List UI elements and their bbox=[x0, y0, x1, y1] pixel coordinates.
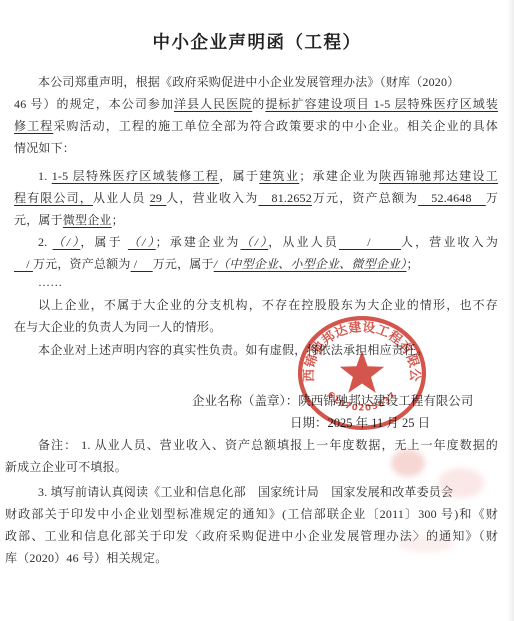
company-name-label: 企业名称（盖章）： bbox=[192, 394, 298, 408]
underlined-blank-field: / bbox=[339, 235, 401, 249]
note-line-3: 3. 填写前请认真阅读《工业和信息化部 国家统计局 国家发展和改革委员会 bbox=[14, 481, 498, 503]
ellipsis-line: …… bbox=[14, 271, 498, 293]
underlined-field-project: 提标扩容建设项目 1-5 层特殊医疗区域装 bbox=[265, 97, 498, 111]
underlined-blank-field: （/） bbox=[53, 235, 81, 249]
underlined-blank-field: / bbox=[131, 257, 153, 271]
note-line-5: 政部、工业和信息化部关于印发〈政府采购促进中小企业发展管理办法〉的通知》（财 bbox=[5, 525, 498, 547]
text-segment: ；承建企业为 bbox=[156, 235, 241, 249]
intro-line-4: 情况如下： bbox=[14, 137, 498, 159]
intro-line-3: 修工程采购活动，工程的施工单位全部为符合政策要求的中小企业。相关企业的具体 bbox=[14, 115, 498, 137]
item1-line-2: 程有限公司，从业人员 29 人，营业收入为 81.2652万元，资产总额为 52… bbox=[14, 187, 498, 209]
svg-text:61070205637: 61070205637 bbox=[325, 390, 399, 414]
text-segment: 46 号）的规定，本公司参加 bbox=[14, 97, 174, 111]
item-number: 1. bbox=[38, 169, 52, 183]
text-segment: 人，营业收入为 bbox=[401, 235, 498, 249]
underlined-field-contractor: 陕西锦驰邦达建设工 bbox=[379, 169, 498, 183]
text-segment: 元，属于 bbox=[14, 213, 63, 227]
text-segment: 万元，属于 bbox=[153, 257, 214, 271]
item1-line-1: 1. 1-5 层特殊医疗区域装修工程，属于建筑业；承建企业为陕西锦驰邦达建设工 bbox=[14, 165, 498, 187]
underlined-field-industry: 建筑业 bbox=[259, 169, 299, 183]
underlined-field-employees: 29 bbox=[150, 191, 167, 205]
closing-line-1: 以上企业，不属于大企业的分支机构，不存在控股股东为大企业的情形，也不存 bbox=[14, 294, 498, 316]
underlined-blank-field: （/） bbox=[240, 235, 268, 249]
underlined-field-purchaser: 洋县人民医院 bbox=[174, 97, 252, 111]
text-segment: 的 bbox=[252, 97, 265, 111]
underlined-type-options: /（中型企业、小型企业、微型企业） bbox=[214, 257, 407, 271]
intro-line-2: 46 号）的规定，本公司参加洋县人民医院的提标扩容建设项目 1-5 层特殊医疗区… bbox=[14, 93, 498, 115]
underlined-field-revenue: 81.2652 bbox=[258, 191, 312, 205]
intro-line-1: 本公司郑重声明，根据《政府采购促进中小企业发展管理办法》（财库（2020） bbox=[14, 71, 498, 93]
text-segment: 万元，资产总额为 bbox=[33, 257, 131, 271]
text-segment: ；承建企业为 bbox=[299, 169, 379, 183]
text-segment: 人，营业收入为 bbox=[166, 191, 258, 205]
item1-line-3: 元，属于微型企业； bbox=[14, 209, 498, 231]
item-number: 2. bbox=[38, 235, 53, 249]
text-segment: ； bbox=[406, 257, 418, 271]
seal-number: 61070205637 bbox=[325, 390, 399, 414]
text-segment: 万 bbox=[486, 191, 498, 205]
underlined-field-project-cont: 修工程 bbox=[14, 119, 53, 133]
underlined-field-contractor-cont: 程有限公司， bbox=[14, 191, 93, 205]
text-segment: ，属于 bbox=[80, 235, 128, 249]
underlined-blank-field: / bbox=[14, 257, 33, 271]
underlined-field-assets: 52.4648 bbox=[418, 191, 486, 205]
declaration-document-page: 中小企业声明函（工程） 本公司郑重声明，根据《政府采购促进中小企业发展管理办法》… bbox=[0, 0, 514, 621]
note-line-4: 财政部关于印发中小企业划型标准规定的通知》(工信部联企业〔2011〕300 号)… bbox=[5, 503, 498, 525]
text-segment: ，从业人员 bbox=[268, 235, 339, 249]
note-line-2: 新成立企业可不填报。 bbox=[5, 456, 498, 478]
text-segment: 采购活动，工程的施工单位全部为符合政策要求的中小企业。相关企业的具体 bbox=[53, 119, 498, 133]
text-segment: 从业人员 bbox=[93, 191, 150, 205]
underlined-field-enterprise-type: 微型企业 bbox=[63, 213, 112, 227]
note-line-6: 库（2020）46 号）相关规定。 bbox=[5, 547, 498, 569]
underlined-blank-field: （/） bbox=[128, 235, 156, 249]
seal-star-icon bbox=[340, 351, 384, 393]
text-segment: 万元，资产总额为 bbox=[312, 191, 418, 205]
page-title: 中小企业声明函（工程） bbox=[0, 29, 514, 54]
company-seal-stamp: 陕西锦驰邦达建设工程有限公司 61070205637 bbox=[296, 314, 428, 432]
text-segment: ； bbox=[112, 213, 124, 227]
scan-edge-shadow bbox=[507, 0, 514, 621]
note-line-1: 备注： 1. 从业人员、营业收入、资产总额填报上一年度数据，无上一年度数据的 bbox=[14, 434, 498, 456]
text-segment: ，属于 bbox=[219, 169, 259, 183]
underlined-field-project-name: 1-5 层特殊医疗区域装修工程 bbox=[52, 169, 220, 183]
item2-line-1: 2. （/），属于 （/）；承建企业为（/），从业人员 / 人，营业收入为 bbox=[14, 231, 498, 253]
